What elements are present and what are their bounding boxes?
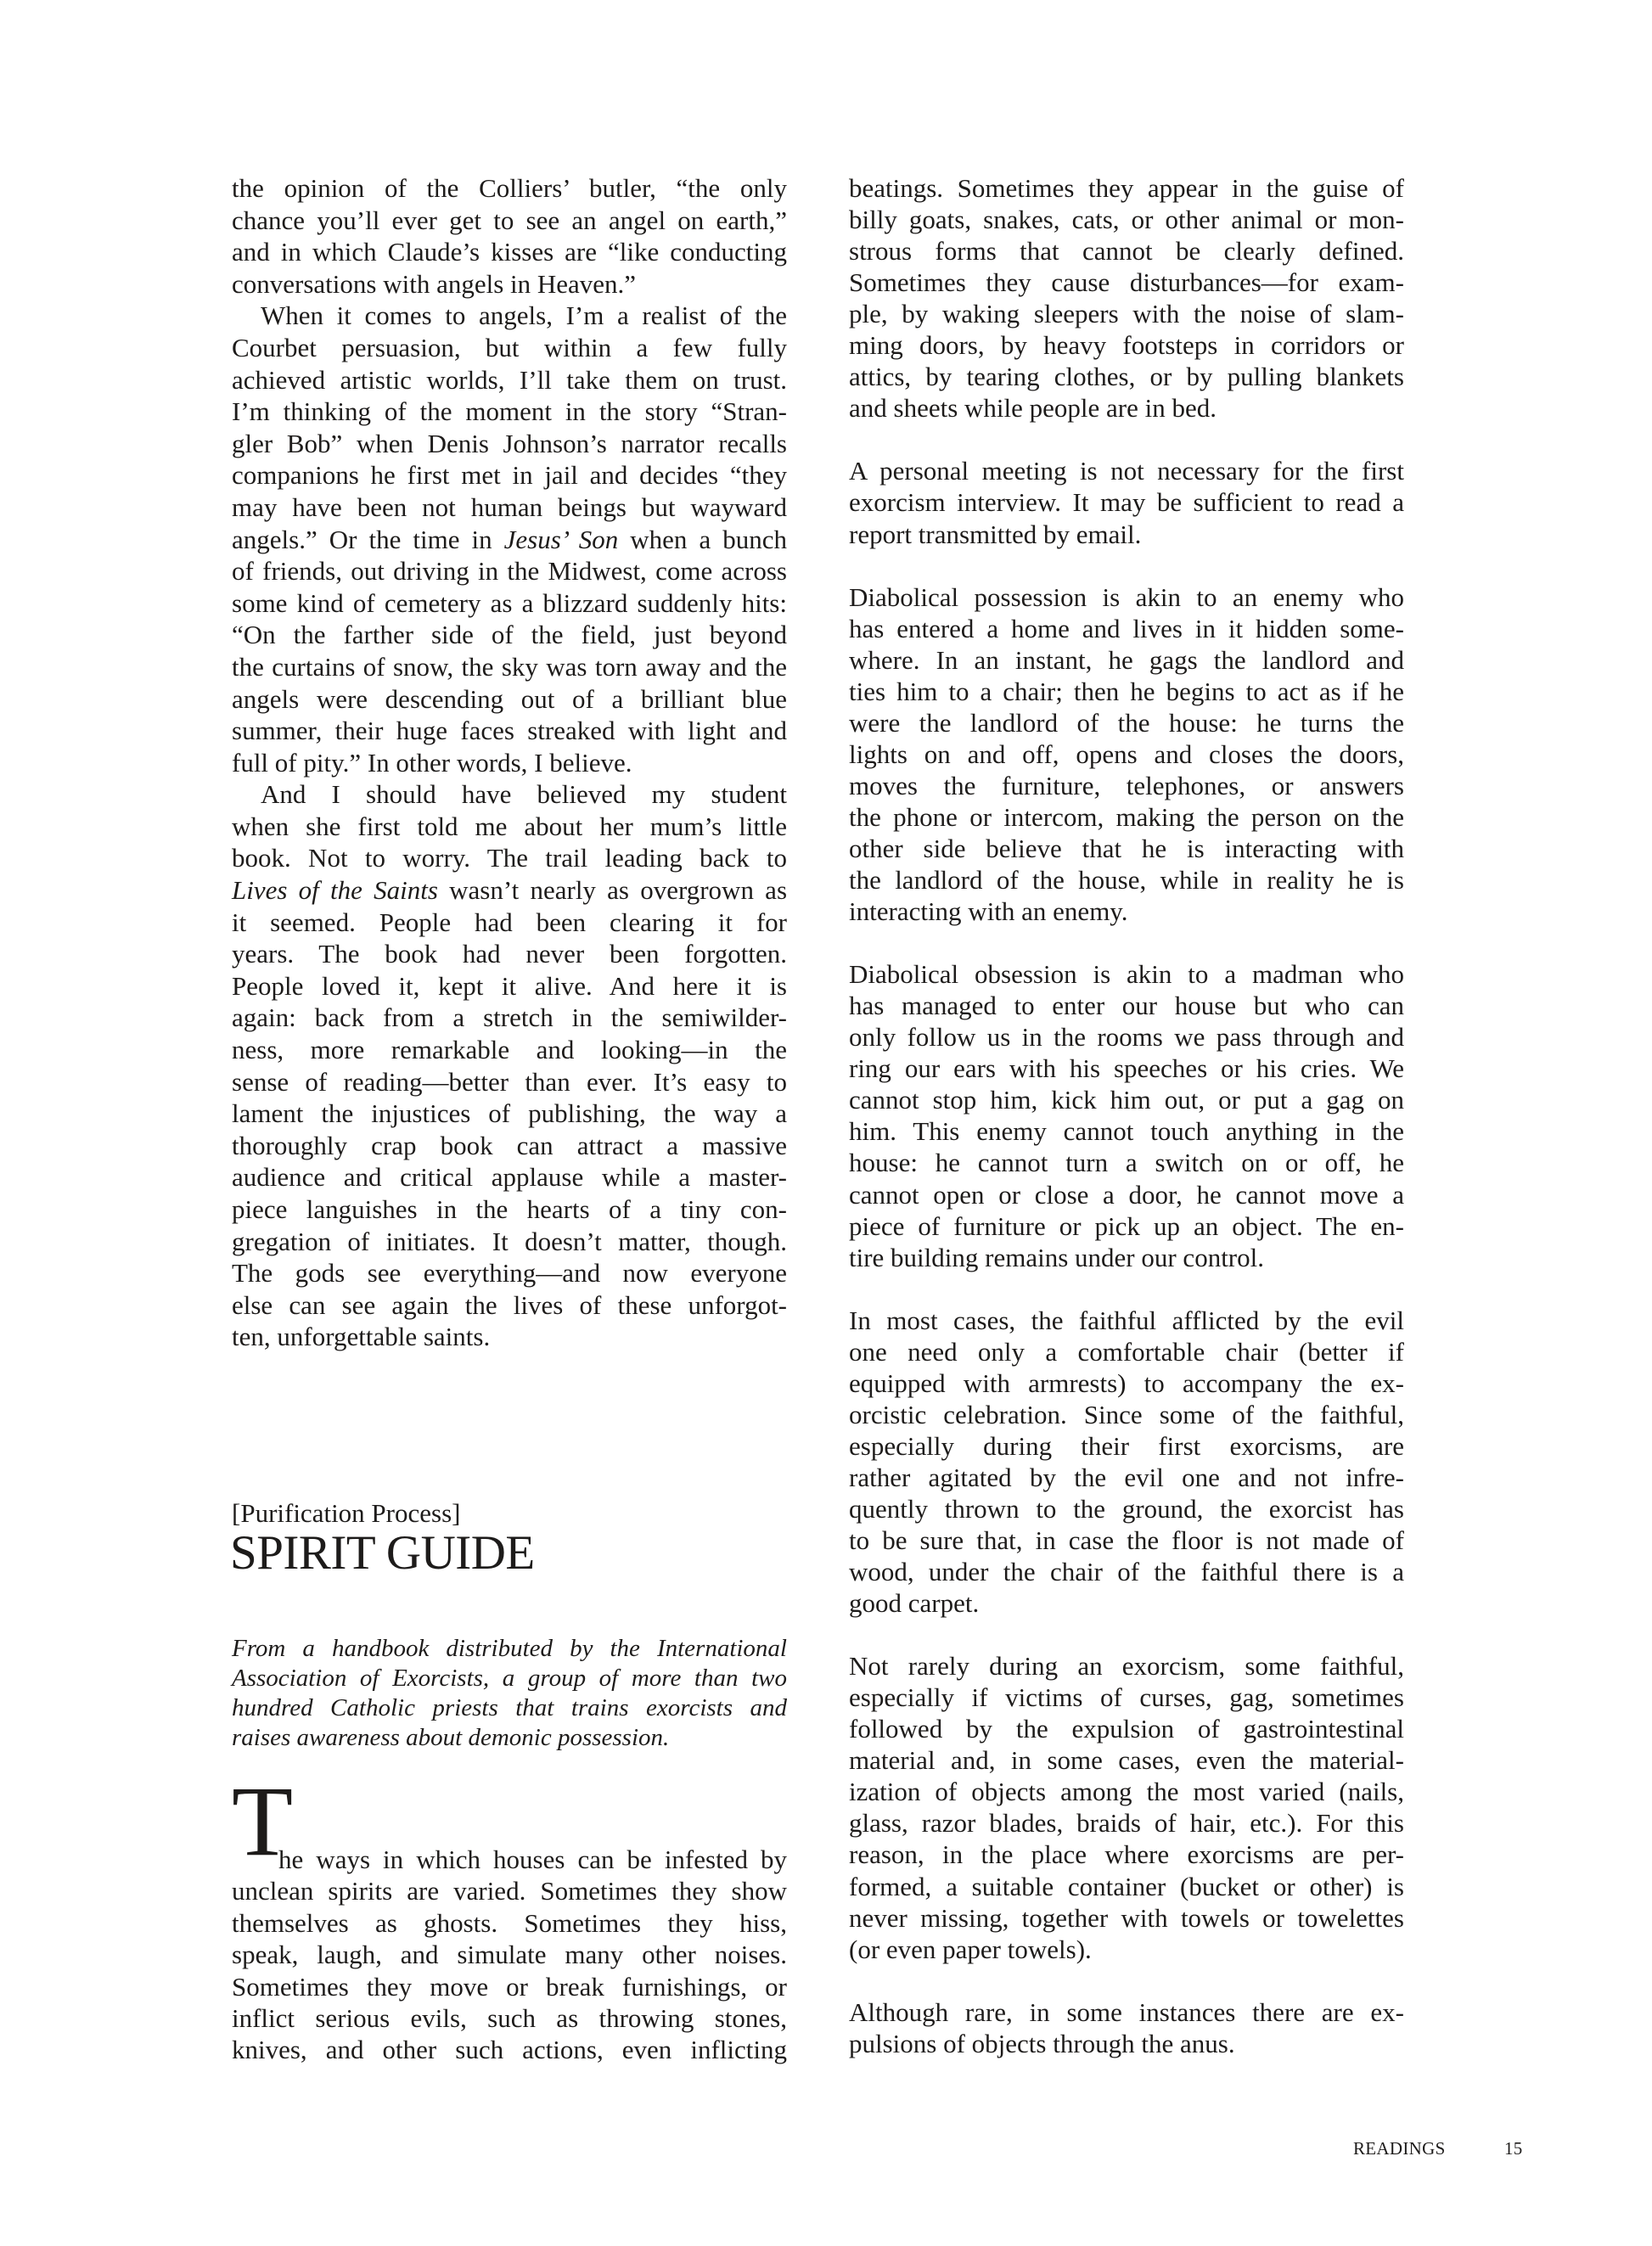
text-line: attics, by tearing clothes, or by pullin…: [849, 361, 1404, 392]
drop-cap: T: [232, 1772, 293, 1872]
text-line: has entered a home and lives in it hidde…: [849, 613, 1404, 644]
text-line: the curtains of snow, the sky was torn a…: [232, 651, 787, 683]
text-line: full of pity.” In other words, I believe…: [232, 747, 787, 779]
book-title: Jesus’ Son: [504, 525, 619, 554]
text-line: report transmitted by email.: [849, 519, 1404, 550]
text-line: wood, under the chair of the faithful th…: [849, 1556, 1404, 1587]
text-line: material and, in some cases, even the ma…: [849, 1744, 1404, 1776]
paragraph-gap: [849, 1273, 1404, 1305]
text-line: other side believe that he is interactin…: [849, 833, 1404, 864]
text-line: ming doors, by heavy footsteps in corrid…: [849, 329, 1404, 361]
article-paragraph: Not rarely during an exorcism, some fait…: [849, 1650, 1404, 1964]
article-paragraph: Diabolical obsession is akin to a madman…: [849, 958, 1404, 1272]
text-line: cannot stop him, kick him out, or put a …: [849, 1084, 1404, 1115]
text-line: the landlord of the house, while in real…: [849, 864, 1404, 896]
first-line: T he ways in which houses can be infeste…: [232, 1844, 787, 1875]
text-line: ten, unforgettable saints.: [232, 1321, 787, 1353]
text-line: lights on and off, opens and closes the …: [849, 738, 1404, 770]
text-line: conversations with angels in Heaven.”: [232, 268, 787, 300]
text-line: again: back from a stretch in the semiwi…: [232, 1002, 787, 1034]
text-line: When it comes to angels, I’m a realist o…: [232, 300, 787, 332]
text-line: years. The book had never been forgotten…: [232, 938, 787, 970]
text-line: Although rare, in some instances there a…: [849, 1996, 1404, 2028]
paragraph-gap: [849, 1619, 1404, 1650]
text-line: chance you’ll ever get to see an angel o…: [232, 205, 787, 237]
text-line: ization of objects among the most varied…: [849, 1776, 1404, 1807]
article-paragraph: Diabolical possession is akin to an enem…: [849, 581, 1404, 928]
text-line: cannot open or close a door, he cannot m…: [849, 1179, 1404, 1210]
text-line: summer, their huge faces streaked with l…: [232, 715, 787, 747]
page-number: 15: [1504, 2137, 1523, 2159]
text-line: sense of reading—better than ever. It’s …: [232, 1066, 787, 1098]
text-line: good carpet.: [849, 1587, 1404, 1619]
intro-line: raises awareness about demonic possessio…: [232, 1723, 787, 1753]
text-line: glass, razor blades, braids of hair, etc…: [849, 1807, 1404, 1839]
text-line: angels were descending out of a brillian…: [232, 683, 787, 716]
running-footer-section: READINGS: [1353, 2137, 1446, 2159]
text-line: audience and critical applause while a m…: [232, 1161, 787, 1193]
intro-line: Association of Exorcists, a group of mor…: [232, 1664, 787, 1693]
text-line: ring our ears with his speeches or his c…: [849, 1053, 1404, 1084]
text-line: the opinion of the Colliers’ butler, “th…: [232, 172, 787, 205]
text-line: knives, and other such actions, even inf…: [232, 2034, 787, 2065]
text-line: The gods see everything—and now everyone: [232, 1257, 787, 1289]
text-line: companions he first met in jail and deci…: [232, 459, 787, 491]
text-line: lament the injustices of publishing, the…: [232, 1098, 787, 1130]
text-line: may have been not human beings but waywa…: [232, 491, 787, 524]
text-line: ties him to a chair; then he begins to a…: [849, 676, 1404, 707]
text-line: some kind of cemetery as a blizzard sudd…: [232, 587, 787, 620]
article-body-start: T he ways in which houses can be infeste…: [232, 1844, 787, 2066]
text-line: gregation of initiates. It doesn’t matte…: [232, 1226, 787, 1258]
text-segment: when a bunch: [618, 525, 787, 554]
text-line: Courbet persuasion, but within a few ful…: [232, 332, 787, 364]
paragraph-gap: [849, 927, 1404, 958]
text-line: Not rarely during an exorcism, some fait…: [849, 1650, 1404, 1682]
text-line: especially during their first exorcisms,…: [849, 1430, 1404, 1462]
text-line: piece of furniture or pick up an object.…: [849, 1210, 1404, 1242]
article-paragraph: In most cases, the faithful afflicted by…: [849, 1305, 1404, 1619]
intro-line: From a handbook distributed by the Inter…: [232, 1634, 787, 1664]
book-title: Lives of the Saints: [232, 875, 438, 905]
text-line: book. Not to worry. The trail leading ba…: [232, 842, 787, 874]
text-line: tire building remains under our control.: [849, 1242, 1404, 1273]
text-line: house: he cannot turn a switch on or off…: [849, 1147, 1404, 1178]
text-line: quently thrown to the ground, the exorci…: [849, 1493, 1404, 1524]
text-line: “On the farther side of the field, just …: [232, 619, 787, 651]
article-paragraph: beatings. Sometimes they appear in the g…: [849, 172, 1404, 424]
text-line: People loved it, kept it alive. And here…: [232, 970, 787, 1002]
text-line: themselves as ghosts. Sometimes they his…: [232, 1907, 787, 1939]
text-line: beatings. Sometimes they appear in the g…: [849, 172, 1404, 204]
essay-paragraph: And I should have believed my student wh…: [232, 778, 787, 1353]
text-line: to be sure that, in case the floor is no…: [849, 1524, 1404, 1556]
text-line: and in which Claude’s kisses are “like c…: [232, 236, 787, 268]
text-line: gler Bob” when Denis Johnson’s narrator …: [232, 428, 787, 460]
text-segment: he ways in which houses can be infested …: [278, 1845, 787, 1874]
text-line: else can see again the lives of these un…: [232, 1289, 787, 1322]
text-line: thoroughly crap book can attract a massi…: [232, 1130, 787, 1162]
text-line: Sometimes they move or break furnishings…: [232, 1971, 787, 2002]
text-line: inflict serious evils, such as throwing …: [232, 2002, 787, 2034]
text-line: strous forms that cannot be clearly defi…: [849, 235, 1404, 267]
article-paragraph: Although rare, in some instances there a…: [849, 1996, 1404, 2059]
text-line: ness, more remarkable and looking—in the: [232, 1034, 787, 1066]
text-line: were the landlord of the house: he turns…: [849, 707, 1404, 738]
text-line: billy goats, snakes, cats, or other anim…: [849, 204, 1404, 235]
text-line: pulsions of objects through the anus.: [849, 2028, 1404, 2059]
text-line: Sometimes they cause disturbances—for ex…: [849, 267, 1404, 298]
text-line: Diabolical possession is akin to an enem…: [849, 581, 1404, 613]
text-segment: angels.” Or the time in: [232, 525, 504, 554]
text-line: rather agitated by the evil one and not …: [849, 1462, 1404, 1493]
text-line: exorcism interview. It may be sufficient…: [849, 486, 1404, 518]
paragraph-gap: [849, 1965, 1404, 1996]
essay-paragraph: the opinion of the Colliers’ butler, “th…: [232, 172, 787, 300]
text-line: only follow us in the rooms we pass thro…: [849, 1021, 1404, 1053]
text-line: followed by the expulsion of gastrointes…: [849, 1713, 1404, 1744]
article-column-right: beatings. Sometimes they appear in the g…: [849, 172, 1404, 2059]
text-line: never missing, together with towels or t…: [849, 1902, 1404, 1934]
text-line-with-title: Lives of the Saints wasn’t nearly as ove…: [232, 874, 787, 907]
magazine-page: the opinion of the Colliers’ butler, “th…: [0, 0, 1652, 2246]
paragraph-gap: [849, 550, 1404, 581]
text-line: I’m thinking of the moment in the story …: [232, 396, 787, 428]
text-line: ple, by waking sleepers with the noise o…: [849, 298, 1404, 329]
essay-paragraph: When it comes to angels, I’m a realist o…: [232, 300, 787, 778]
text-line: equipped with armrests) to accompany the…: [849, 1367, 1404, 1399]
text-line: Diabolical obsession is akin to a madman…: [849, 958, 1404, 990]
text-line: him. This enemy cannot touch anything in…: [849, 1115, 1404, 1147]
text-segment: wasn’t nearly as overgrown as: [438, 875, 787, 905]
article-title: SPIRIT GUIDE: [230, 1526, 535, 1581]
text-line: piece languishes in the hearts of a tiny…: [232, 1193, 787, 1226]
text-line: one need only a comfortable chair (bette…: [849, 1336, 1404, 1367]
text-line: has managed to enter our house but who c…: [849, 990, 1404, 1021]
text-line: A personal meeting is not necessary for …: [849, 455, 1404, 486]
text-line: And I should have believed my student: [232, 778, 787, 811]
section-kicker: [Purification Process]: [232, 1498, 460, 1529]
text-line: achieved artistic worlds, I’ll take them…: [232, 364, 787, 396]
text-line: especially if victims of curses, gag, so…: [849, 1682, 1404, 1713]
text-line: (or even paper towels).: [849, 1934, 1404, 1965]
text-line: when she first told me about her mum’s l…: [232, 811, 787, 843]
intro-line: hundred Catholic priests that trains exo…: [232, 1693, 787, 1723]
article-intro: From a handbook distributed by the Inter…: [232, 1634, 787, 1753]
text-line: interacting with an enemy.: [849, 896, 1404, 927]
text-line: and sheets while people are in bed.: [849, 392, 1404, 424]
text-line: speak, laugh, and simulate many other no…: [232, 1939, 787, 1970]
text-line-with-title: angels.” Or the time in Jesus’ Son when …: [232, 524, 787, 556]
text-line: unclean spirits are varied. Sometimes th…: [232, 1875, 787, 1906]
text-line: reason, in the place where exorcisms are…: [849, 1839, 1404, 1870]
text-line: orcistic celebration. Since some of the …: [849, 1399, 1404, 1430]
paragraph-gap: [849, 424, 1404, 455]
text-line: it seemed. People had been clearing it f…: [232, 907, 787, 939]
text-line: moves the furniture, telephones, or answ…: [849, 770, 1404, 801]
text-line: of friends, out driving in the Midwest, …: [232, 555, 787, 587]
text-line: where. In an instant, he gags the landlo…: [849, 644, 1404, 676]
text-line: In most cases, the faithful afflicted by…: [849, 1305, 1404, 1336]
essay-column-left: the opinion of the Colliers’ butler, “th…: [232, 172, 787, 1353]
text-line: formed, a suitable container (bucket or …: [849, 1871, 1404, 1902]
article-paragraph: A personal meeting is not necessary for …: [849, 455, 1404, 549]
text-line: the phone or intercom, making the person…: [849, 801, 1404, 833]
